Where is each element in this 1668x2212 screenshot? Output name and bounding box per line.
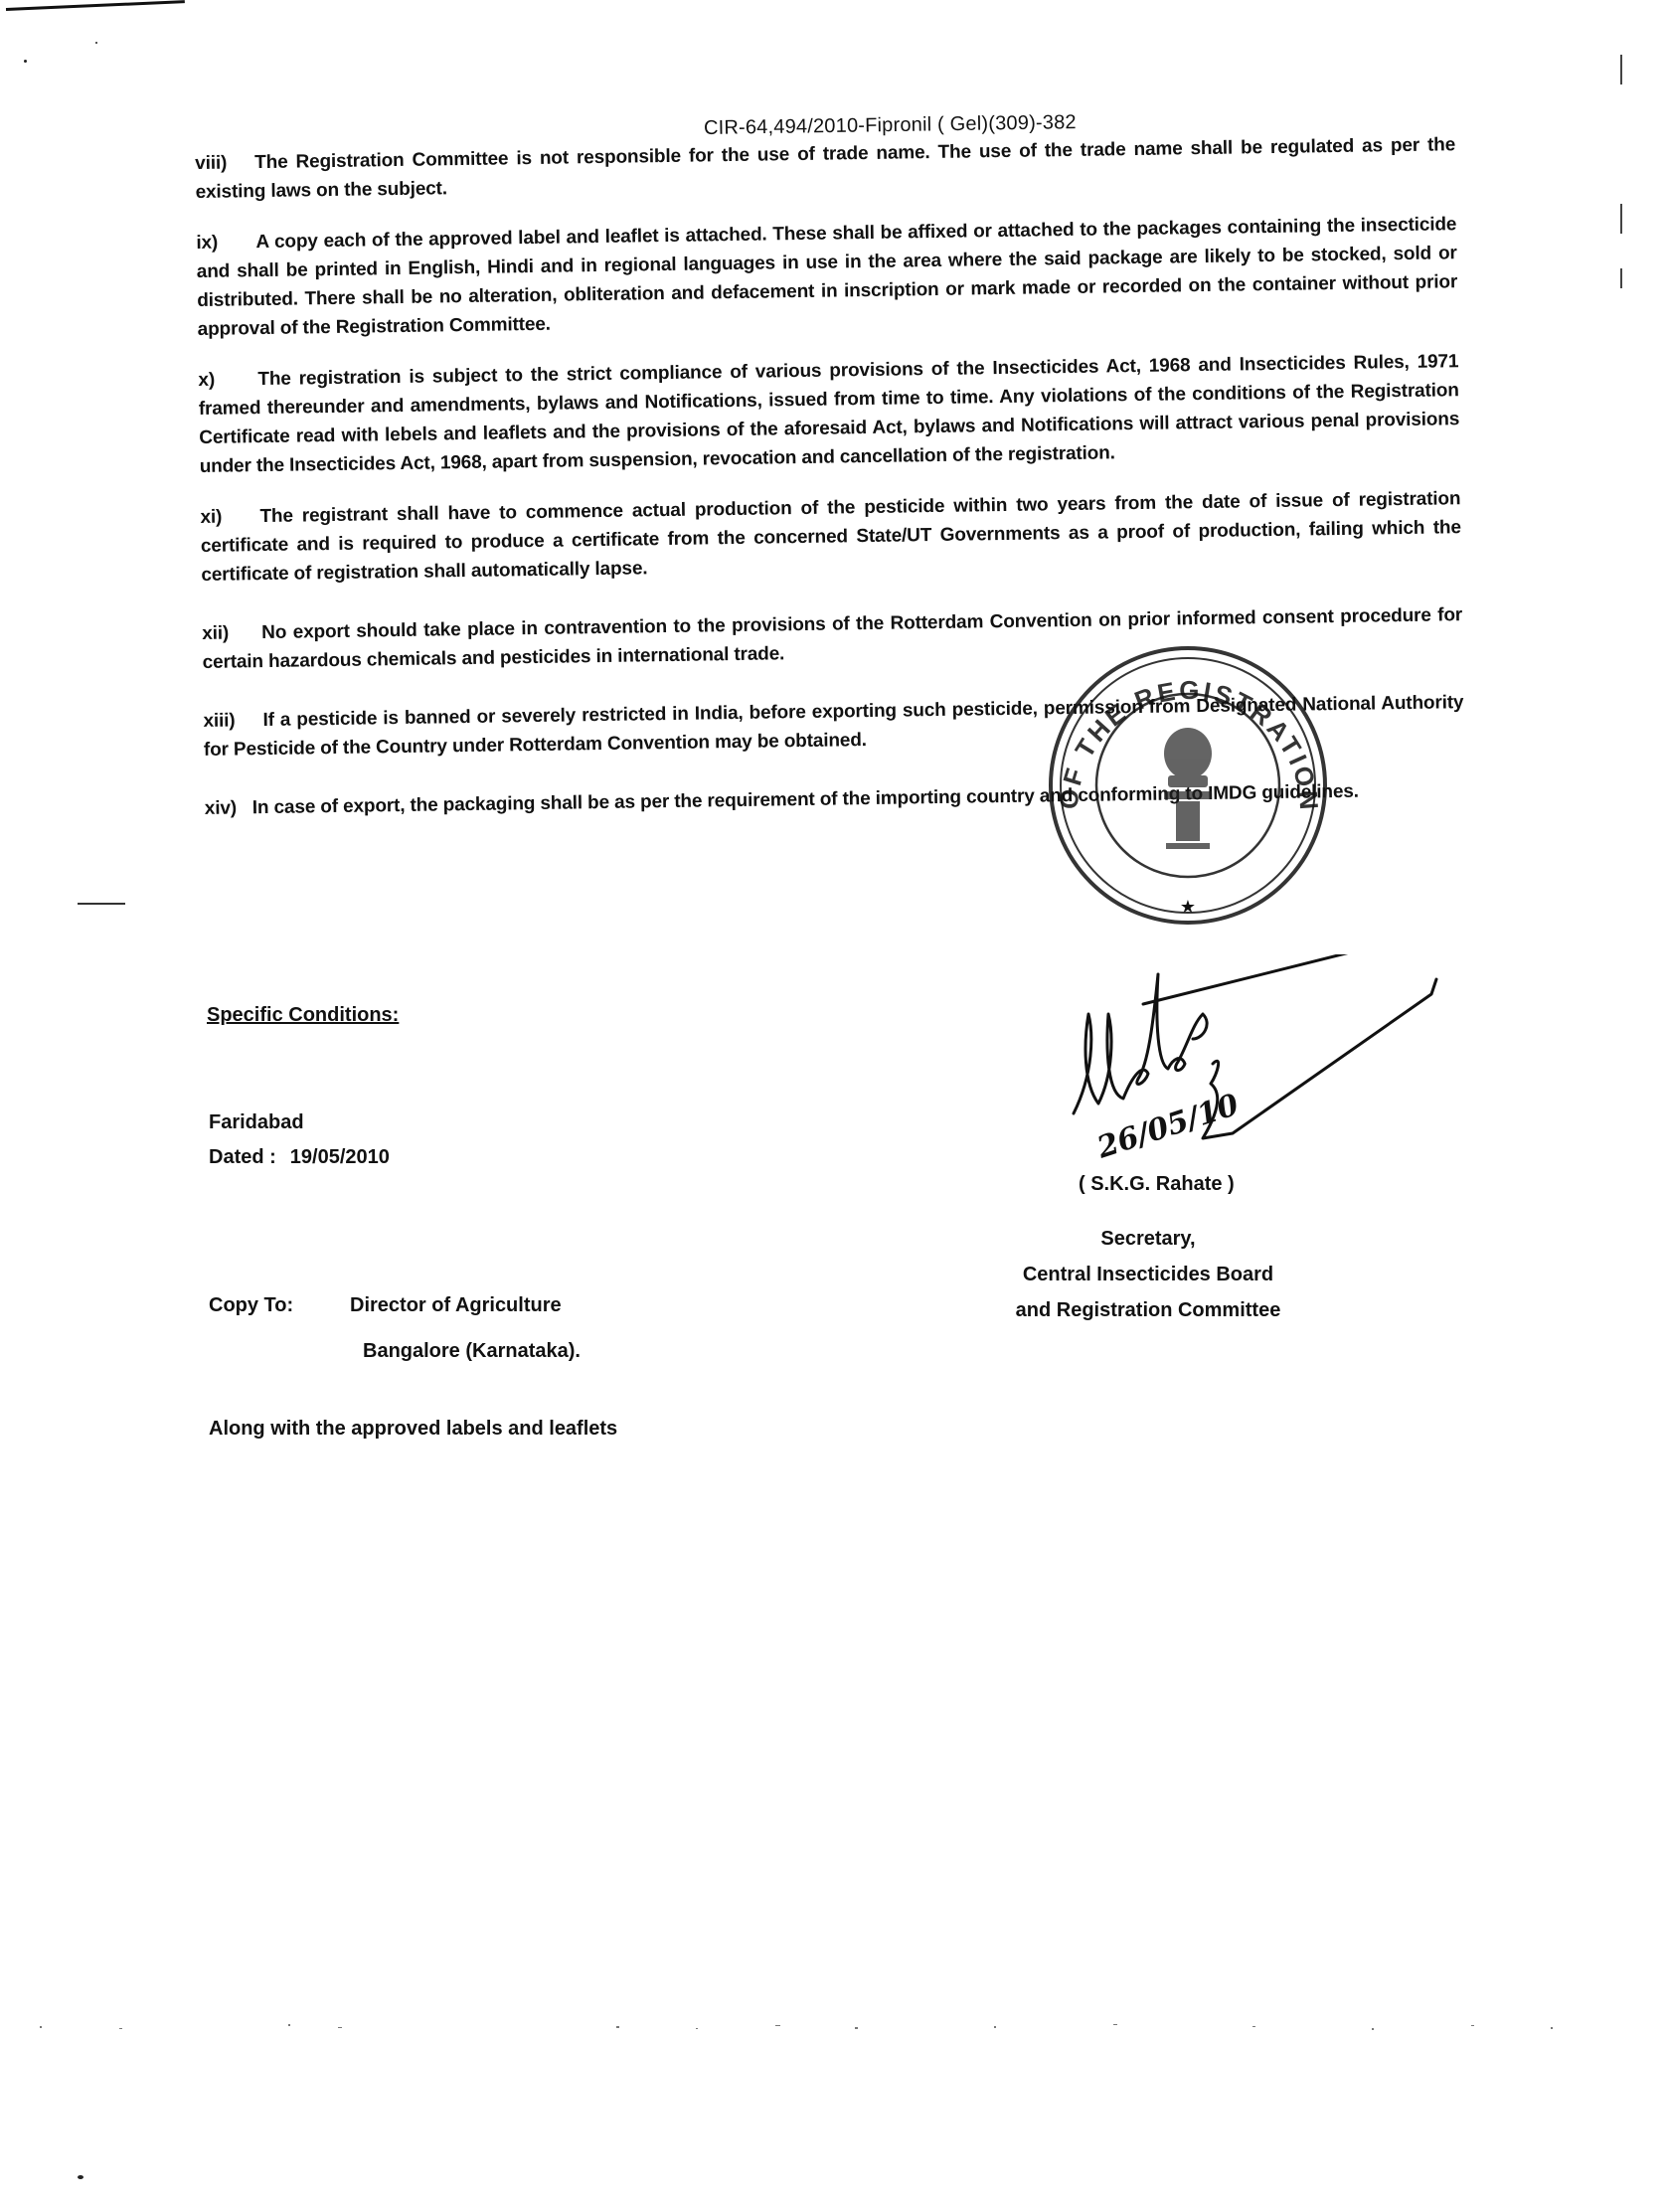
handwritten-signature-icon: 26/05/10 (1054, 954, 1471, 1173)
clause-number: xi) (200, 502, 259, 532)
signatory-title: Secretary, Central Insecticides Board an… (1004, 1221, 1292, 1328)
scan-noise-icon (0, 2008, 1668, 2048)
national-emblem-icon (1164, 728, 1212, 849)
scan-artifact-dot (78, 2175, 83, 2179)
clause-number: x) (198, 365, 257, 395)
scan-artifact-tick (78, 903, 125, 905)
scan-artifact-dot (95, 42, 97, 44)
clause-viii: viii)The Registration Committee is not r… (195, 130, 1456, 207)
clause-number: xii) (202, 618, 261, 648)
signatory-title-line: Central Insecticides Board (1004, 1257, 1292, 1292)
signatory-title-line: Secretary, (1004, 1221, 1292, 1257)
scan-artifact-line (6, 0, 185, 11)
place-of-issue: Faridabad (209, 1111, 304, 1134)
clause-number: viii) (195, 148, 254, 178)
scan-artifact-edge (1620, 55, 1622, 85)
copy-to-label: Copy To: (209, 1294, 350, 1317)
reference-number: CIR-64,494/2010-Fipronil ( Gel)(309)-382 (704, 111, 1077, 140)
copy-to-recipient: Director of Agriculture (350, 1294, 562, 1316)
clause-ix: ix)A copy each of the approved label and… (196, 210, 1458, 344)
clause-x: x)The registration is subject to the str… (198, 347, 1460, 481)
scanned-document-page: CIR-64,494/2010-Fipronil ( Gel)(309)-382… (0, 0, 1668, 2212)
clause-number: xiii) (203, 706, 262, 736)
svg-text:26/05/10: 26/05/10 (1092, 1088, 1244, 1166)
clause-text: The registrant shall have to commence ac… (201, 488, 1461, 586)
signatory-name: ( S.K.G. Rahate ) (1079, 1173, 1235, 1196)
clause-text: The Registration Committee is not respon… (195, 134, 1455, 203)
clause-number: ix) (196, 228, 255, 257)
copy-to-block: Copy To:Director of Agriculture (209, 1294, 562, 1317)
scan-artifact-dot (24, 60, 27, 63)
official-stamp-icon: OF THE REGISTRATION COMMITTEE ★ (1039, 636, 1337, 935)
clause-number: xiv) (205, 793, 252, 823)
clause-text: The registration is subject to the stric… (199, 351, 1460, 477)
svg-text:★: ★ (1180, 897, 1196, 917)
scan-artifact-edge (1620, 204, 1622, 234)
dated-value: 19/05/2010 (290, 1146, 390, 1168)
specific-conditions-heading: Specific Conditions: (207, 1004, 399, 1027)
issue-date: Dated :19/05/2010 (209, 1146, 390, 1169)
dated-label: Dated : (209, 1146, 276, 1168)
clause-xi: xi)The registrant shall have to commence… (200, 484, 1461, 590)
enclosure-note: Along with the approved labels and leafl… (209, 1418, 617, 1441)
copy-to-recipient-location: Bangalore (Karnataka). (363, 1340, 581, 1363)
scan-artifact-edge (1620, 268, 1622, 288)
clause-text: A copy each of the approved label and le… (197, 214, 1458, 340)
signatory-title-line: and Registration Committee (1004, 1292, 1292, 1328)
